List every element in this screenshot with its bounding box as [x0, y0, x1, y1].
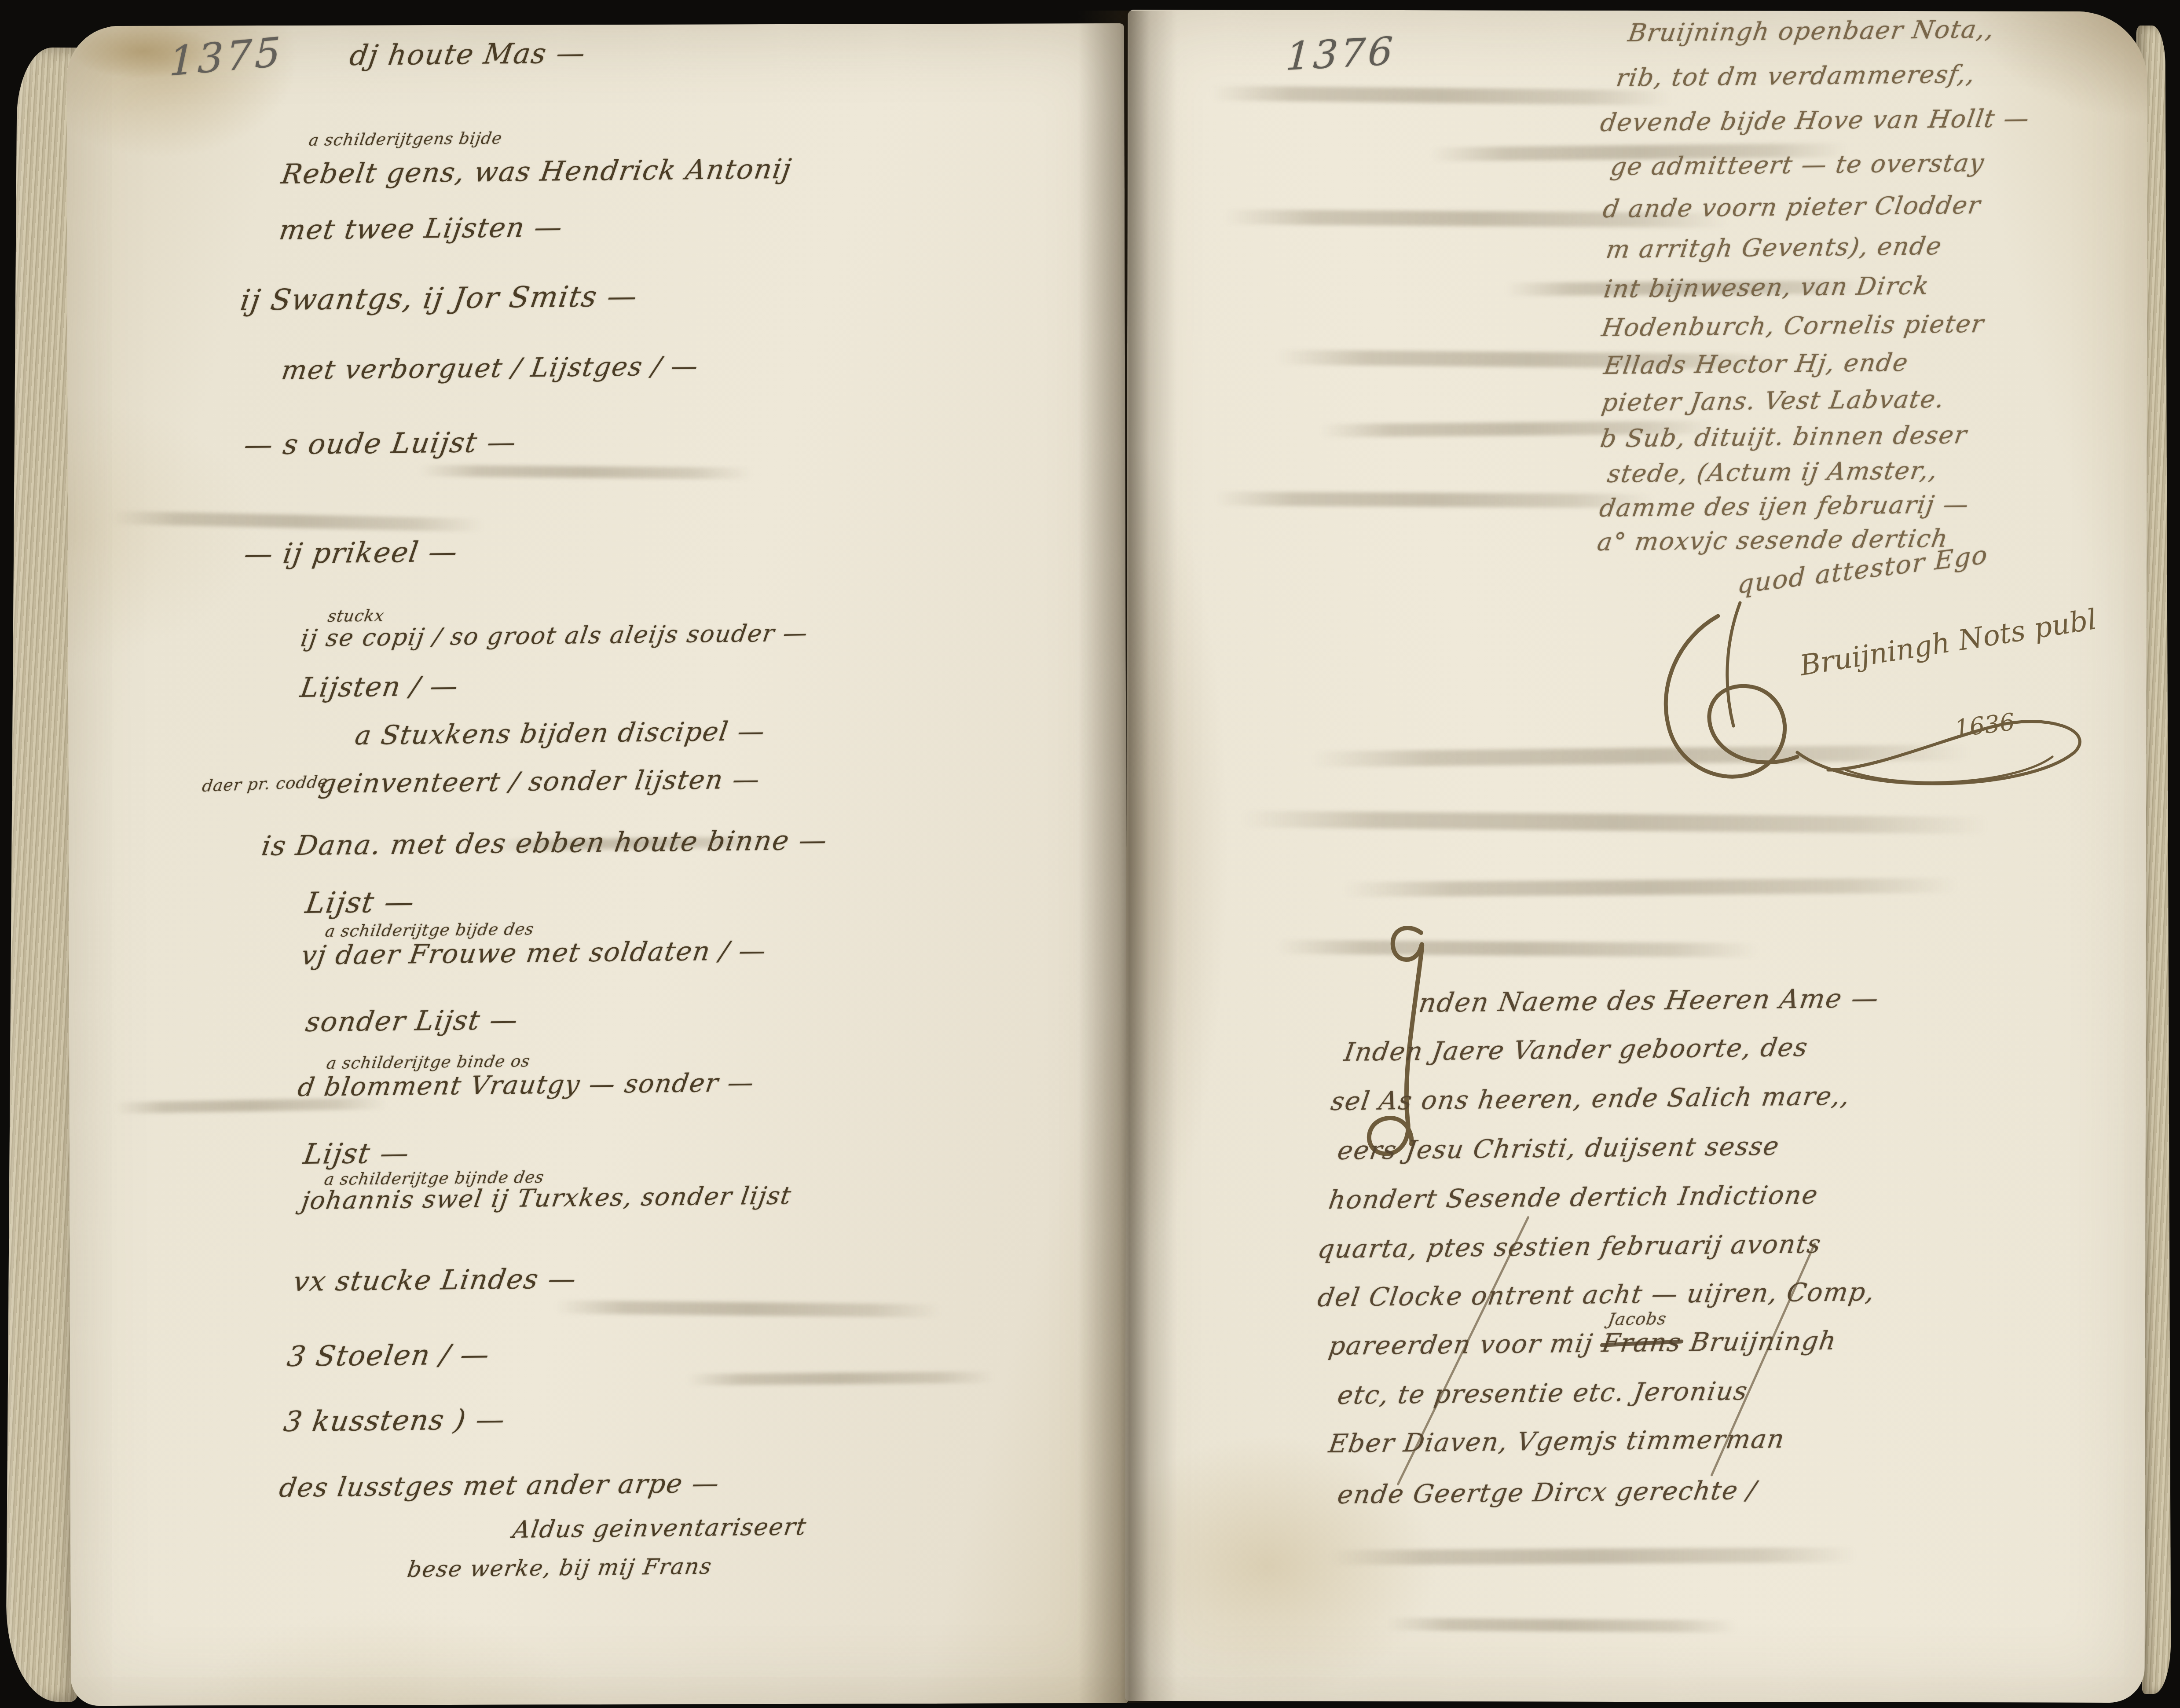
- handwritten-line: eers Jesu Christi, duijsent sesse: [1336, 1133, 1781, 1163]
- interlinear-note: a schilderijtge bijde des: [324, 921, 535, 939]
- handwritten-line: ge admitteert — te overstay: [1609, 151, 1986, 180]
- handwritten-line: Aldus geinventariseert: [511, 1515, 808, 1542]
- handwritten-line: Hodenburch, Cornelis pieter: [1600, 312, 1986, 341]
- handwritten-line: dj houte Mas —: [348, 39, 588, 70]
- handwritten-line: b Sub, dituijt. binnen deser: [1599, 423, 1969, 451]
- left-page: [66, 23, 1128, 1706]
- interlinear-note: stuckx: [327, 608, 385, 624]
- handwritten-line: 3 Stoelen / —: [286, 1341, 492, 1371]
- handwritten-line: is Dana. met des ebben houte binne —: [260, 827, 829, 860]
- handwritten-line: met verborguet / Lijstges / —: [280, 353, 700, 384]
- handwritten-line: etc, te presentie etc. Jeronius: [1336, 1378, 1750, 1408]
- handwritten-line: Inden Jaere Vander geboorte, des: [1342, 1034, 1810, 1065]
- superscript-correction: Jacobs: [1607, 1310, 1668, 1327]
- handwritten-line: Rebelt gens, was Hendrick Antonij: [280, 155, 794, 188]
- handwritten-line: pieter Jans. Vest Labvate.: [1600, 387, 1946, 415]
- line-text: Bruijningh: [1679, 1326, 1839, 1357]
- bleed-through-mark: [1329, 1547, 1857, 1565]
- handwritten-line: sonder Lijst —: [304, 1006, 520, 1036]
- handwritten-line: ij se copij / so groot als aleijs souder…: [299, 621, 810, 650]
- page-number: 1376: [1285, 32, 1396, 76]
- signature-flourish: [1797, 722, 2080, 784]
- handwritten-line: Bruijningh openbaer Nota,,: [1627, 17, 1997, 46]
- handwritten-line: damme des ijen februarij —: [1598, 492, 1971, 521]
- handwritten-line: ij Swantgs, ij Jor Smits —: [238, 282, 639, 315]
- handwritten-line: des lusstges met ander arpe —: [278, 1470, 722, 1501]
- handwritten-line: d ande voorn pieter Clodder: [1601, 193, 1982, 222]
- handwritten-line: Ellads Hector Hj, ende: [1602, 351, 1910, 378]
- handwritten-line: Lijsten / —: [299, 672, 461, 701]
- signature-flourish: [1727, 603, 1740, 726]
- bleed-through-mark: [1214, 491, 1654, 508]
- handwritten-line: bese werke, bij mij Frans: [406, 1555, 714, 1580]
- page-number: 1375: [169, 32, 283, 82]
- handwritten-line: quarta, ptes sestien februarij avonts: [1316, 1231, 1823, 1262]
- handwritten-line: sel As ons heeren, ende Salich mare,,: [1329, 1083, 1852, 1114]
- handwritten-line: nden Naeme des Heeren Ame —: [1417, 985, 1881, 1016]
- handwritten-line: m arritgh Gevents), ende: [1605, 234, 1944, 262]
- handwritten-line: stede, (Actum ij Amster,,: [1606, 458, 1940, 487]
- handwritten-line: johannis swel ij Turxkes, sonder lijst: [300, 1184, 793, 1213]
- handwritten-line: devende bijde Hove van Hollt —: [1599, 106, 2031, 136]
- manuscript-photo: { "photo": { "background_color": "#0d0c0…: [0, 0, 2180, 1708]
- handwritten-line: vj daer Frouwe met soldaten / —: [300, 938, 768, 969]
- handwritten-line: Lijst —: [302, 1139, 412, 1169]
- signature-name: Bruijningh Nots publ: [1797, 603, 2099, 682]
- handwritten-line: int bijnwesen, van Dirck: [1602, 274, 1931, 302]
- gutter-shadow: [1078, 11, 1177, 1703]
- interlinear-note: a schilderijtge binde os: [326, 1053, 531, 1071]
- handwritten-line: — s oude Luijst —: [242, 429, 519, 459]
- margin-note: daer pr. codde: [201, 773, 329, 794]
- handwritten-line: a Stuxkens bijden discipel —: [353, 718, 767, 749]
- handwritten-line: geinventeert / sonder lijsten —: [317, 766, 762, 797]
- handwritten-line: vx stucke Lindes —: [292, 1265, 579, 1295]
- handwritten-line: d blomment Vrautgy — sonder —: [296, 1070, 756, 1100]
- interlinear-note: a schilderijtgens bijde: [308, 130, 503, 148]
- handwritten-line: — ij prikeel —: [242, 538, 460, 568]
- handwritten-line: Eber Diaven, Vgemjs timmerman: [1327, 1426, 1787, 1456]
- bleed-through-mark: [1386, 1618, 1738, 1633]
- strikethrough-word: Frans: [1600, 1327, 1683, 1358]
- notary-signature: Bruijningh Nots publ 1636: [1608, 585, 2127, 814]
- handwritten-line: 3 kusstens ) —: [282, 1406, 507, 1436]
- handwritten-line: hondert Sesende dertich Indictione: [1327, 1182, 1820, 1213]
- handwritten-line: rib, tot dm verdammeresf,,: [1615, 62, 1977, 91]
- handwritten-line: pareerden voor mij JacobsFrans Bruijning…: [1327, 1328, 1838, 1359]
- handwritten-line: met twee Lijsten —: [278, 213, 565, 244]
- handwritten-line: Lijst —: [304, 887, 417, 918]
- signature-year: 1636: [1953, 708, 2016, 743]
